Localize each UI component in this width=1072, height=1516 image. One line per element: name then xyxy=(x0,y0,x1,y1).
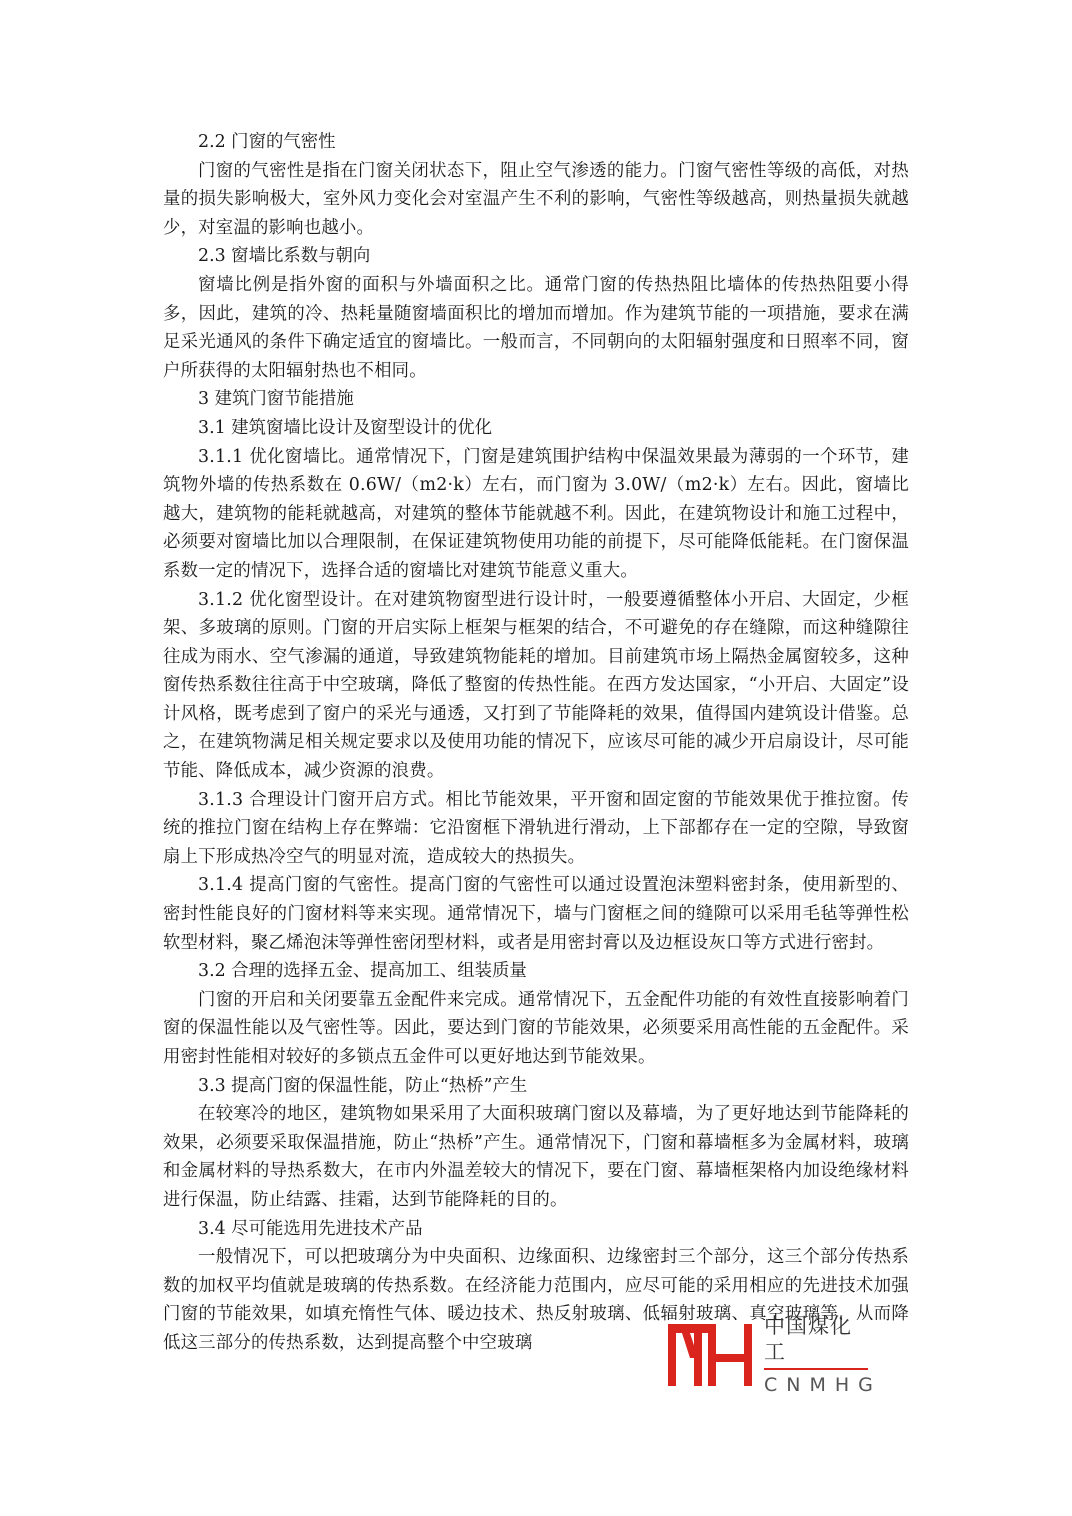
paragraph-3-1-1: 3.1.1 优化窗墙比。通常情况下，门窗是建筑围护结构中保温效果最为薄弱的一个环… xyxy=(163,443,909,586)
paragraph-window-wall-ratio: 窗墙比例是指外窗的面积与外墙面积之比。通常门窗的传热热阻比墙体的传热热阻要小得多… xyxy=(163,271,909,385)
logo-divider xyxy=(764,1368,868,1370)
watermark-logo: 中国煤化工 CNMHG xyxy=(668,1320,878,1388)
paragraph-hardware: 门窗的开启和关闭要靠五金配件来完成。通常情况下，五金配件功能的有效性直接影响着门… xyxy=(163,986,909,1072)
paragraph-airtightness: 门窗的气密性是指在门窗关闭状态下，阻止空气渗透的能力。门窗气密性等级的高低，对热… xyxy=(163,157,909,243)
paragraph-3-1-4: 3.1.4 提高门窗的气密性。提高门窗的气密性可以通过设置泡沫塑料密封条，使用新… xyxy=(163,871,909,957)
section-heading-3-4: 3.4 尽可能选用先进技术产品 xyxy=(163,1215,909,1244)
paragraph-3-1-3: 3.1.3 合理设计门窗开启方式。相比节能效果，平开窗和固定窗的节能效果优于推拉… xyxy=(163,786,909,872)
section-heading-2-3: 2.3 窗墙比系数与朝向 xyxy=(163,242,909,271)
logo-english-name: CNMHG xyxy=(764,1374,868,1396)
logo-chinese-name: 中国煤化工 xyxy=(764,1313,868,1365)
mh-logo-icon xyxy=(668,1320,756,1388)
logo-text-group: 中国煤化工 CNMHG xyxy=(764,1313,868,1396)
section-heading-3-1: 3.1 建筑窗墙比设计及窗型设计的优化 xyxy=(163,414,909,443)
section-heading-3: 3 建筑门窗节能措施 xyxy=(163,385,909,414)
document-body: 2.2 门窗的气密性 门窗的气密性是指在门窗关闭状态下，阻止空气渗透的能力。门窗… xyxy=(163,128,909,1358)
paragraph-3-1-2: 3.1.2 优化窗型设计。在对建筑物窗型进行设计时，一般要遵循整体小开启、大固定… xyxy=(163,586,909,786)
section-heading-2-2: 2.2 门窗的气密性 xyxy=(163,128,909,157)
paragraph-thermal-bridge: 在较寒冷的地区，建筑物如果采用了大面积玻璃门窗以及幕墙，为了更好地达到节能降耗的… xyxy=(163,1100,909,1214)
section-heading-3-3: 3.3 提高门窗的保温性能，防止“热桥”产生 xyxy=(163,1072,909,1101)
section-heading-3-2: 3.2 合理的选择五金、提高加工、组装质量 xyxy=(163,957,909,986)
